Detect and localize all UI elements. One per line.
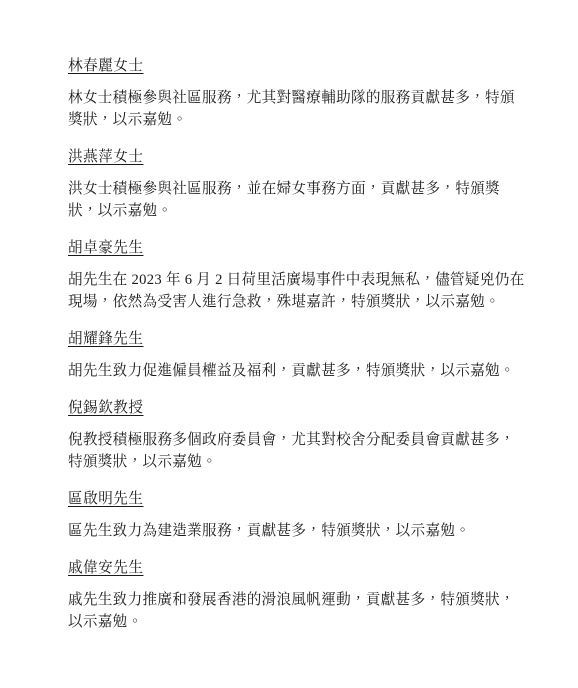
recipient-name: 胡卓豪先生	[68, 237, 528, 259]
commendation-entry: 區啟明先生 區先生致力為建造業服務，貢獻甚多，特頒獎狀，以示嘉勉。	[68, 488, 528, 542]
citation-text: 區先生致力為建造業服務，貢獻甚多，特頒獎狀，以示嘉勉。	[68, 520, 528, 542]
commendation-entry: 胡耀鋒先生 胡先生致力促進僱員權益及福利，貢獻甚多，特頒獎狀，以示嘉勉。	[68, 328, 528, 382]
commendation-entry: 倪錫欽教授 倪教授積極服務多個政府委員會，尤其對校舍分配委員會貢獻甚多， 特頒獎…	[68, 397, 528, 473]
recipient-name: 洪燕萍女士	[68, 146, 528, 168]
citation-text: 胡先生致力促進僱員權益及福利，貢獻甚多，特頒獎狀，以示嘉勉。	[68, 360, 528, 382]
commendation-entry: 洪燕萍女士 洪女士積極參與社區服務，並在婦女事務方面，貢獻甚多，特頒獎 狀，以示…	[68, 146, 528, 222]
citation-text: 倪教授積極服務多個政府委員會，尤其對校舍分配委員會貢獻甚多， 特頒獎狀，以示嘉勉…	[68, 429, 528, 473]
document-page: 林春麗女士 林女士積極參與社區服務，尤其對醫療輔助隊的服務貢獻甚多，特頒 獎狀，…	[0, 0, 578, 688]
citation-text: 胡先生在 2023 年 6 月 2 日荷里活廣場事件中表現無私，儘管疑兇仍在 現…	[68, 269, 528, 313]
recipient-name: 胡耀鋒先生	[68, 328, 528, 350]
commendation-entry: 林春麗女士 林女士積極參與社區服務，尤其對醫療輔助隊的服務貢獻甚多，特頒 獎狀，…	[68, 55, 528, 131]
citation-text: 戚先生致力推廣和發展香港的滑浪風帆運動，貢獻甚多，特頒獎狀， 以示嘉勉。	[68, 589, 528, 633]
recipient-name: 林春麗女士	[68, 55, 528, 77]
recipient-name: 區啟明先生	[68, 488, 528, 510]
citation-text: 洪女士積極參與社區服務，並在婦女事務方面，貢獻甚多，特頒獎 狀，以示嘉勉。	[68, 178, 528, 222]
recipient-name: 倪錫欽教授	[68, 397, 528, 419]
recipient-name: 戚偉安先生	[68, 557, 528, 579]
commendation-entry: 胡卓豪先生 胡先生在 2023 年 6 月 2 日荷里活廣場事件中表現無私，儘管…	[68, 237, 528, 313]
citation-text: 林女士積極參與社區服務，尤其對醫療輔助隊的服務貢獻甚多，特頒 獎狀，以示嘉勉。	[68, 87, 528, 131]
commendation-entry: 戚偉安先生 戚先生致力推廣和發展香港的滑浪風帆運動，貢獻甚多，特頒獎狀， 以示嘉…	[68, 557, 528, 633]
